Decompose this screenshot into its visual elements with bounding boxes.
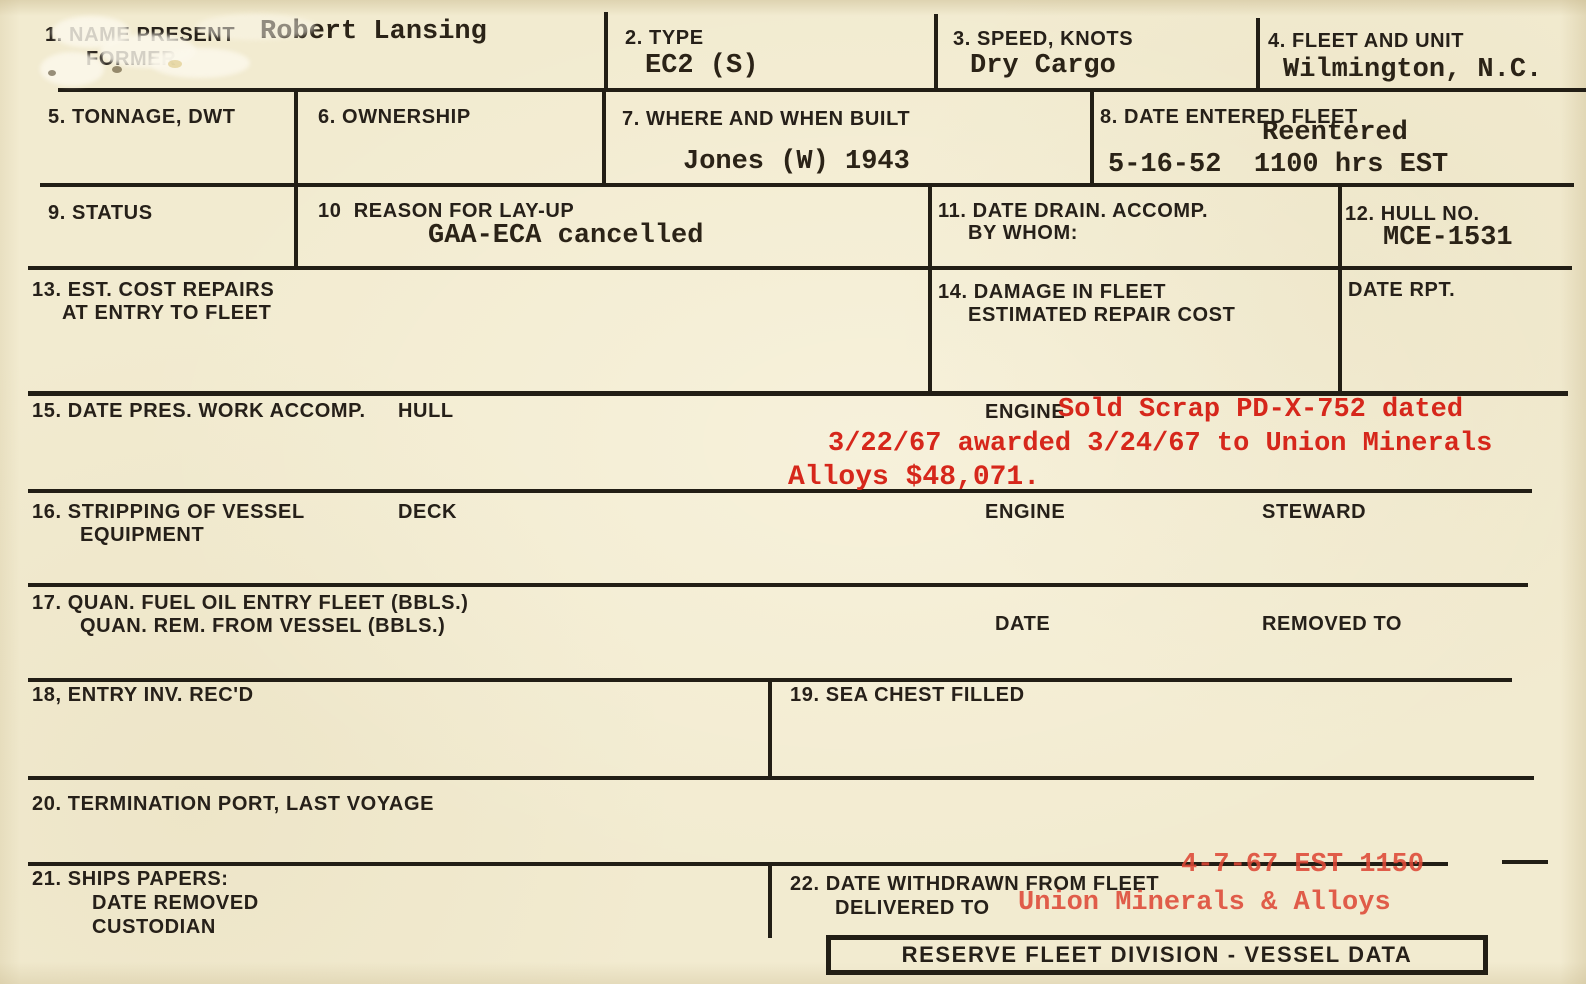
field-15-hull-label: HULL — [398, 400, 454, 422]
paper-damage-patch — [40, 52, 104, 86]
field-11-date-drain-label: 11. DATE DRAIN. ACCOMP. — [938, 200, 1208, 222]
field-16-steward-label: STEWARD — [1262, 501, 1366, 523]
field-13-est-cost-label: 13. EST. COST REPAIRS — [32, 279, 274, 301]
field-16-stripping-label: 16. STRIPPING OF VESSEL — [32, 501, 305, 523]
paper-speck — [168, 60, 182, 68]
field-21-ships-papers-label: 21. SHIPS PAPERS: — [32, 868, 229, 890]
field-4-value: Wilmington, N.C. — [1283, 56, 1542, 86]
field-12-value: MCE-1531 — [1383, 224, 1513, 254]
field-5-tonnage-label: 5. TONNAGE, DWT — [48, 106, 236, 128]
paper-speck — [48, 70, 56, 76]
field-17-removed-to-label: REMOVED TO — [1262, 613, 1402, 635]
field-16-deck-label: DECK — [398, 501, 457, 523]
field-7-value: Jones (W) 1943 — [683, 148, 910, 178]
grid-line — [604, 12, 608, 90]
grid-line — [294, 88, 298, 185]
field-4-fleet-unit-label: 4. FLEET AND UNIT — [1268, 30, 1464, 52]
grid-line — [58, 88, 1586, 92]
field-14-date-rpt-label: DATE RPT. — [1348, 279, 1455, 301]
field-9-status-label: 9. STATUS — [48, 202, 153, 224]
field-19-sea-chest-label: 19. SEA CHEST FILLED — [790, 684, 1025, 706]
field-14-damage-label: 14. DAMAGE IN FLEET — [938, 281, 1166, 303]
vessel-data-card: 1. NAME PRESENT FORMER Robert Lansing 2.… — [0, 0, 1586, 984]
field-17-date-label: DATE — [995, 613, 1050, 635]
field-15-date-pres-work-label: 15. DATE PRES. WORK ACCOMP. — [32, 400, 366, 422]
paper-damage-patch — [196, 14, 316, 40]
field-16-equipment-label: EQUIPMENT — [80, 524, 204, 546]
field-15-engine-label: ENGINE — [985, 401, 1065, 423]
field-22-delivered-to-label: DELIVERED TO — [835, 897, 990, 919]
field-17-quan-rem-label: QUAN. REM. FROM VESSEL (BBLS.) — [80, 615, 445, 637]
grid-line — [1502, 860, 1548, 864]
field-3-speed-label: 3. SPEED, KNOTS — [953, 28, 1133, 50]
grid-line — [934, 14, 938, 90]
grid-line — [28, 776, 1534, 780]
field-6-ownership-label: 6. OWNERSHIP — [318, 106, 471, 128]
footer-title-box: RESERVE FLEET DIVISION - VESSEL DATA — [826, 935, 1488, 975]
field-21-custodian-label: CUSTODIAN — [92, 916, 216, 938]
field-3-value: Dry Cargo — [970, 52, 1116, 82]
field-22-date-stamp: 4-7-67 EST 1150 — [1181, 851, 1424, 881]
grid-line — [28, 489, 1532, 493]
grid-line — [294, 183, 298, 268]
field-11-by-whom-label: BY WHOM: — [968, 222, 1078, 244]
grid-line — [1338, 183, 1342, 393]
field-15-red-note-line1: Sold Scrap PD-X-752 dated — [1058, 396, 1463, 426]
field-12-hull-no-label: 12. HULL NO. — [1345, 203, 1480, 225]
grid-line — [768, 862, 772, 938]
paper-damage-patch — [150, 48, 250, 78]
grid-line — [40, 183, 1574, 187]
field-2-type-label: 2. TYPE — [625, 27, 704, 49]
field-22-delivered-to-stamp: Union Minerals & Alloys — [1018, 889, 1391, 919]
field-13-entry-fleet-label: AT ENTRY TO FLEET — [62, 302, 271, 324]
field-16-engine-label: ENGINE — [985, 501, 1065, 523]
field-17-fuel-oil-label: 17. QUAN. FUEL OIL ENTRY FLEET (BBLS.) — [32, 592, 469, 614]
field-21-date-removed-label: DATE REMOVED — [92, 892, 259, 914]
field-20-termination-port-label: 20. TERMINATION PORT, LAST VOYAGE — [32, 793, 434, 815]
field-15-red-note-line3: Alloys $48,071. — [788, 463, 1040, 494]
field-8-reentered-note: Reentered — [1262, 119, 1408, 149]
field-10-layup-label: 10 REASON FOR LAY-UP — [318, 200, 574, 222]
paper-speck — [112, 66, 122, 73]
grid-line — [1256, 18, 1260, 90]
grid-line — [602, 88, 606, 185]
grid-line — [928, 183, 932, 393]
field-18-entry-inv-label: 18, ENTRY INV. REC'D — [32, 684, 254, 706]
grid-line — [28, 583, 1528, 587]
field-14-repair-cost-label: ESTIMATED REPAIR COST — [968, 304, 1235, 326]
footer-title: RESERVE FLEET DIVISION - VESSEL DATA — [902, 942, 1413, 968]
grid-line — [768, 678, 772, 778]
field-8-value: 5-16-52 1100 hrs EST — [1108, 151, 1448, 181]
grid-line — [1090, 88, 1094, 185]
field-7-built-label: 7. WHERE AND WHEN BUILT — [622, 108, 910, 130]
field-10-value: GAA-ECA cancelled — [428, 222, 703, 252]
field-2-value: EC2 (S) — [645, 52, 758, 82]
field-15-red-note-line2: 3/22/67 awarded 3/24/67 to Union Mineral… — [828, 430, 1492, 460]
